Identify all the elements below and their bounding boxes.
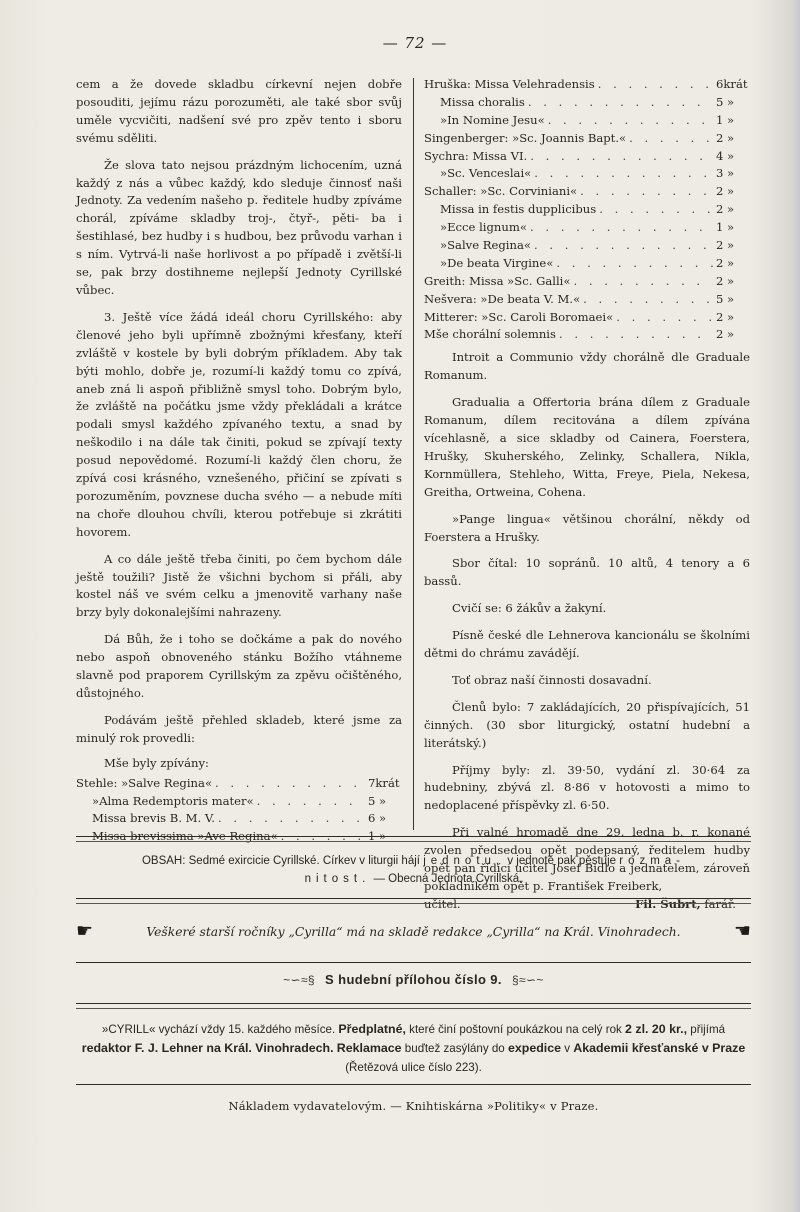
paragraph: Podávám ještě přehled skladeb, které jsm… xyxy=(76,712,402,748)
dot-leader xyxy=(559,326,713,344)
composition-title: Missa in festis dupplicibus xyxy=(440,201,596,219)
page-number: — 72 — xyxy=(0,34,800,52)
subscription-bold: Reklamace xyxy=(337,1041,402,1055)
subscription-text: které činí poštovní poukázkou na celý ro… xyxy=(409,1023,622,1036)
performance-count: 5 » xyxy=(716,94,750,112)
column-divider xyxy=(413,78,414,830)
composition-title: »In Nomine Jesu« xyxy=(440,112,545,130)
composition-title: Missa choralis xyxy=(440,94,525,112)
repertoire-row: »Ecce lignum«1 » xyxy=(424,219,750,237)
repertoire-row: »Sc. Venceslai«3 » xyxy=(424,165,750,183)
contents-spaced-word: jednotu, xyxy=(423,855,504,867)
repertoire-row: Sychra: Missa VI.4 » xyxy=(424,148,750,166)
paragraph: Členů bylo: 7 zakládajících, 20 přispíva… xyxy=(424,699,750,753)
music-supplement-note: ~∽≈§ S hudební přílohou číslo 9. §≈∽~ xyxy=(76,972,751,987)
paragraph: Že slova tato nejsou prázdným lichocením… xyxy=(76,157,402,300)
composition-title: Missa brevis B. M. V. xyxy=(92,810,215,828)
repertoire-row: Hruška: Missa Velehradensis6krát xyxy=(424,76,750,94)
rule-above-supplement xyxy=(76,962,751,963)
composition-title: Stehle: »Salve Regina« xyxy=(76,775,212,793)
dot-leader xyxy=(599,201,713,219)
subscription-text: v xyxy=(564,1042,570,1055)
performance-count: 2 » xyxy=(716,255,750,273)
contents-spaced-word: rozma- xyxy=(619,855,685,867)
subscription-bold: redaktor F. J. Lehner na Král. Vinohrade… xyxy=(82,1041,334,1055)
subscription-info: »CYRILL« vychází vždy 15. každého měsíce… xyxy=(76,1020,751,1077)
rule-above-imprint xyxy=(76,1084,751,1085)
repertoire-row: »De beata Virgine«2 » xyxy=(424,255,750,273)
flourish-left-icon: ~∽≈§ xyxy=(283,973,315,987)
performance-count: 6krát xyxy=(716,76,750,94)
subscription-text: (Řetězová ulice číslo 223). xyxy=(345,1061,482,1074)
subscription-bold: expedice xyxy=(508,1041,561,1055)
paragraph: Gradualia a Offertoria brána dílem z Gra… xyxy=(424,394,750,501)
rule-above-notice xyxy=(76,898,751,904)
contents-text: v jednotě pak pěstuje xyxy=(507,855,616,867)
dot-leader xyxy=(573,273,713,291)
publisher-imprint: Nákladem vydavatelovým. — Knihtiskárna »… xyxy=(76,1099,751,1113)
performance-count: 2 » xyxy=(716,273,750,291)
performance-count: 5 » xyxy=(716,291,750,309)
contents-spaced-word: nitost. xyxy=(305,873,371,885)
rule-above-subscription xyxy=(76,1003,751,1009)
table-of-contents: OBSAH: Sedmé exircicie Cyrillské. Církev… xyxy=(76,852,751,888)
dot-leader xyxy=(580,183,713,201)
composition-title: »Salve Regina« xyxy=(440,237,531,255)
paragraph: Introit a Communio vždy chorálně dle Gra… xyxy=(424,349,750,385)
repertoire-row: Missa in festis dupplicibus2 » xyxy=(424,201,750,219)
performance-count: 2 » xyxy=(716,326,750,344)
performance-count: 2 » xyxy=(716,201,750,219)
left-column: cem a že dovede skladbu církevní nejen d… xyxy=(76,76,402,846)
paragraph: cem a že dovede skladbu církevní nejen d… xyxy=(76,76,402,148)
composition-title: Sychra: Missa VI. xyxy=(424,148,527,166)
performance-count: 4 » xyxy=(716,148,750,166)
paragraph: Příjmy byly: zl. 39·50, vydání zl. 30·64… xyxy=(424,762,750,816)
repertoire-row: Missa choralis5 » xyxy=(424,94,750,112)
contents-label: OBSAH: xyxy=(142,855,185,867)
paragraph: 3. Ještě více žádá ideál choru Cyrillské… xyxy=(76,309,402,542)
performance-count: 2 » xyxy=(716,130,750,148)
paragraph: »Pange lingua« většinou chorální, někdy … xyxy=(424,511,750,547)
composition-title: »Ecce lignum« xyxy=(440,219,527,237)
performance-count: 5 » xyxy=(368,793,402,811)
performance-count: 1 » xyxy=(716,112,750,130)
subscription-text: přijímá xyxy=(690,1023,725,1036)
right-column: Hruška: Missa Velehradensis6krátMissa ch… xyxy=(424,76,750,914)
dot-leader xyxy=(556,255,713,273)
performance-count: 3 » xyxy=(716,165,750,183)
repertoire-row: »Salve Regina«2 » xyxy=(424,237,750,255)
composition-title: Hruška: Missa Velehradensis xyxy=(424,76,595,94)
dot-leader xyxy=(548,112,713,130)
performance-count: 2 » xyxy=(716,183,750,201)
contents-text: Sedmé exircicie Cyrillské. Církev v litu… xyxy=(189,855,420,867)
dot-leader xyxy=(534,237,713,255)
composition-title: »Sc. Venceslai« xyxy=(440,165,531,183)
contents-text: — Obecná Jednota Cyrillská. xyxy=(373,873,522,885)
repertoire-row: Missa brevis B. M. V.6 » xyxy=(76,810,402,828)
dot-leader xyxy=(583,291,713,309)
rule-above-contents xyxy=(76,836,751,842)
paragraph: Písně české dle Lehnerova kancionálu se … xyxy=(424,627,750,663)
dot-leader xyxy=(530,219,713,237)
dot-leader xyxy=(530,148,713,166)
back-issues-notice: ☛ Veškeré starší ročníky „Cyrilla“ má na… xyxy=(76,922,751,941)
performance-count: 6 » xyxy=(368,810,402,828)
flourish-right-icon: §≈∽~ xyxy=(512,973,544,987)
dot-leader xyxy=(598,76,713,94)
dot-leader xyxy=(528,94,713,112)
subscription-text: buďtež zasýlány do xyxy=(405,1042,505,1055)
composition-title: »De beata Virgine« xyxy=(440,255,553,273)
supplement-text: S hudební přílohou číslo 9. xyxy=(325,972,502,987)
subscription-bold: 2 zl. 20 kr., xyxy=(625,1022,687,1036)
document-page: — 72 — cem a že dovede skladbu církevní … xyxy=(0,0,800,1212)
repertoire-row: Mitterer: »Sc. Caroli Boromaei«2 » xyxy=(424,309,750,327)
notice-text: Veškeré starší ročníky „Cyrilla“ má na s… xyxy=(146,925,680,939)
dot-leader xyxy=(534,165,713,183)
repertoire-row: Schaller: »Sc. Corviniani«2 » xyxy=(424,183,750,201)
dot-leader xyxy=(215,775,365,793)
dot-leader xyxy=(218,810,365,828)
performance-count: 1 » xyxy=(716,219,750,237)
composition-title: Mitterer: »Sc. Caroli Boromaei« xyxy=(424,309,613,327)
dot-leader xyxy=(629,130,713,148)
repertoire-row: »In Nomine Jesu«1 » xyxy=(424,112,750,130)
repertoire-row: Nešvera: »De beata V. M.«5 » xyxy=(424,291,750,309)
dot-leader xyxy=(616,309,713,327)
subscription-bold: Akademii křesťanské v Praze xyxy=(573,1041,745,1055)
masses-heading: Mše byly zpívány: xyxy=(76,755,402,773)
subscription-bold: Předplatné, xyxy=(338,1022,405,1036)
repertoire-row: »Alma Redemptoris mater«5 » xyxy=(76,793,402,811)
performance-count: 2 » xyxy=(716,237,750,255)
dot-leader xyxy=(257,793,365,811)
repertoire-row: Singenberger: »Sc. Joannis Bapt.«2 » xyxy=(424,130,750,148)
paragraph: Sbor čítal: 10 sopránů. 10 altů, 4 tenor… xyxy=(424,555,750,591)
paragraph: A co dále ještě třeba činiti, po čem byc… xyxy=(76,551,402,623)
composition-title: Schaller: »Sc. Corviniani« xyxy=(424,183,577,201)
repertoire-row: Stehle: »Salve Regina«7krát xyxy=(76,775,402,793)
performance-count: 7krát xyxy=(368,775,402,793)
repertoire-list-right: Hruška: Missa Velehradensis6krátMissa ch… xyxy=(424,76,750,344)
paragraph: Toť obraz naší činnosti dosavadní. xyxy=(424,672,750,690)
performance-count: 2 » xyxy=(716,309,750,327)
composition-title: Singenberger: »Sc. Joannis Bapt.« xyxy=(424,130,626,148)
repertoire-row: Mše chorální solemnis2 » xyxy=(424,326,750,344)
composition-title: »Alma Redemptoris mater« xyxy=(92,793,254,811)
paragraph: Cvičí se: 6 žákův a žakyní. xyxy=(424,600,750,618)
paragraph: Dá Bůh, že i toho se dočkáme a pak do no… xyxy=(76,631,402,703)
composition-title: Nešvera: »De beata V. M.« xyxy=(424,291,580,309)
composition-title: Mše chorální solemnis xyxy=(424,326,556,344)
pointing-hand-left-icon: ☛ xyxy=(734,922,751,941)
pointing-hand-right-icon: ☛ xyxy=(76,922,93,941)
composition-title: Greith: Missa »Sc. Galli« xyxy=(424,273,570,291)
subscription-text: »CYRILL« vychází vždy 15. každého měsíce… xyxy=(102,1023,335,1036)
repertoire-row: Greith: Missa »Sc. Galli«2 » xyxy=(424,273,750,291)
